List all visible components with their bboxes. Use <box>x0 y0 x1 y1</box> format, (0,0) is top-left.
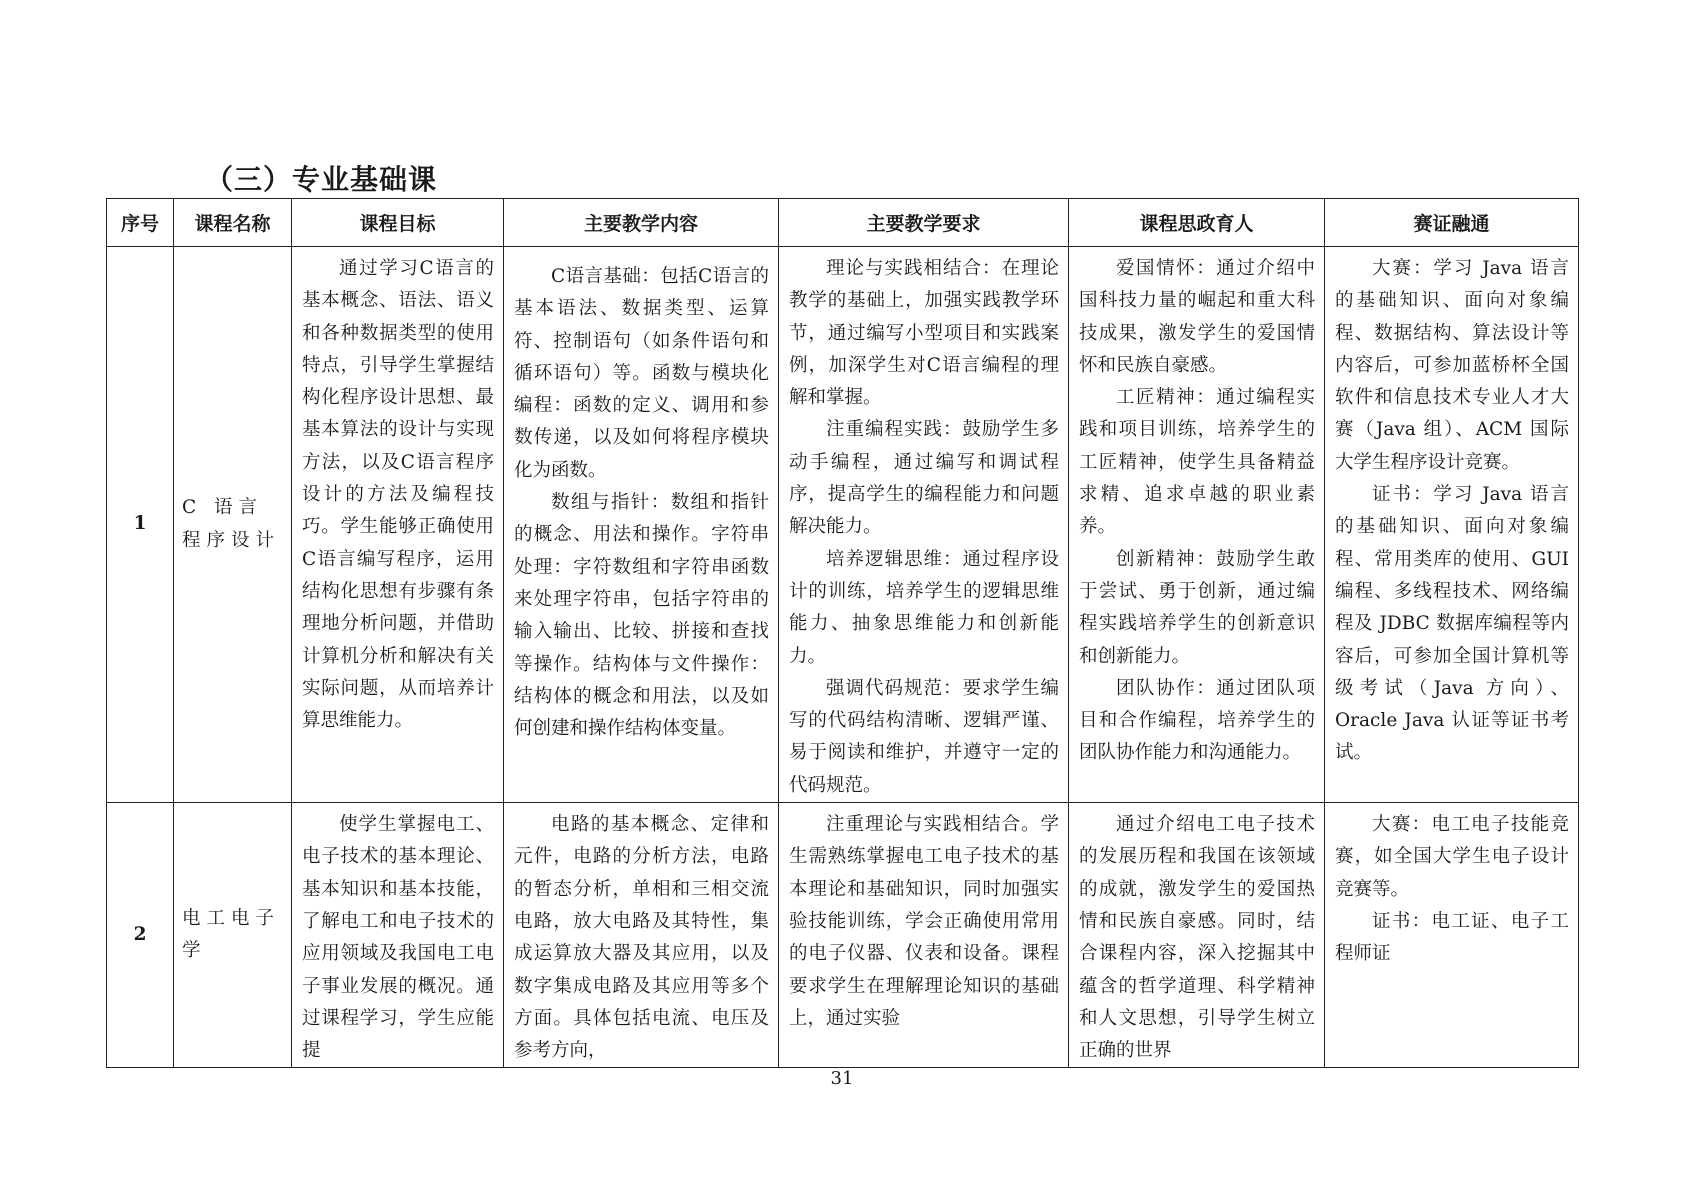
paragraph: 团队协作：通过团队项目和合作编程，培养学生的团队协作能力和沟通能力。 <box>1079 673 1315 770</box>
paragraph: 使学生掌握电工、电子技术的基本理论、基本知识和基本技能，了解电工和电子技术的应用… <box>302 809 494 1067</box>
paragraph: 爱国情怀：通过介绍中国科技力量的崛起和重大科技成果，激发学生的爱国情怀和民族自豪… <box>1079 253 1315 382</box>
ideology-education: 爱国情怀：通过介绍中国科技力量的崛起和重大科技成果，激发学生的爱国情怀和民族自豪… <box>1069 247 1325 803</box>
header-teaching-requirements: 主要教学要求 <box>779 199 1069 247</box>
paragraph: 注重理论与实践相结合。学生需熟练掌握电工电子技术的基本理论和基础知识，同时加强实… <box>789 809 1059 1035</box>
course-table: 序号 课程名称 课程目标 主要教学内容 主要教学要求 课程思政育人 赛证融通 1… <box>106 198 1579 1068</box>
paragraph: 通过学习C语言的基本概念、语法、语义和各种数据类型的使用特点，引导学生掌握结构化… <box>302 253 494 737</box>
ideology-education: 通过介绍电工电子技术的发展历程和我国在该领域的成就，激发学生的爱国热情和民族自豪… <box>1069 803 1325 1068</box>
paragraph: 证书：电工证、电子工程师证 <box>1335 906 1569 971</box>
header-index: 序号 <box>107 199 174 247</box>
table-header-row: 序号 课程名称 课程目标 主要教学内容 主要教学要求 课程思政育人 赛证融通 <box>107 199 1579 247</box>
paragraph: 大赛：电工电子技能竞赛，如全国大学生电子设计竞赛等。 <box>1335 809 1569 906</box>
paragraph: 工匠精神：通过编程实践和项目训练，培养学生的工匠精神，使学生具备精益求精、追求卓… <box>1079 382 1315 543</box>
table-row: 1 C 语言程序设计 通过学习C语言的基本概念、语法、语义和各种数据类型的使用特… <box>107 247 1579 803</box>
paragraph: 培养逻辑思维：通过程序设计的训练，培养学生的逻辑思维能力、抽象思维能力和创新能力… <box>789 544 1059 673</box>
row-index: 2 <box>107 803 174 1068</box>
header-teaching-content: 主要教学内容 <box>504 199 779 247</box>
paragraph: 创新精神：鼓励学生敢于尝试、勇于创新，通过编程实践培养学生的创新意识和创新能力。 <box>1079 544 1315 673</box>
course-goal: 使学生掌握电工、电子技术的基本理论、基本知识和基本技能，了解电工和电子技术的应用… <box>292 803 504 1068</box>
competition-certification: 大赛：电工电子技能竞赛，如全国大学生电子设计竞赛等。 证书：电工证、电子工程师证 <box>1325 803 1579 1068</box>
paragraph: 强调代码规范：要求学生编写的代码结构清晰、逻辑严谨、易于阅读和维护，并遵守一定的… <box>789 673 1059 802</box>
teaching-content: C语言基础：包括C语言的基本语法、数据类型、运算符、控制语句（如条件语句和循环语… <box>504 247 779 803</box>
paragraph: 大赛：学习 Java 语言的基础知识、面向对象编程、数据结构、算法设计等内容后，… <box>1335 253 1569 479</box>
course-name: C 语言程序设计 <box>174 247 292 803</box>
table-row: 2 电工电子学 使学生掌握电工、电子技术的基本理论、基本知识和基本技能，了解电工… <box>107 803 1579 1068</box>
paragraph: C语言基础：包括C语言的基本语法、数据类型、运算符、控制语句（如条件语句和循环语… <box>514 261 769 487</box>
paragraph: 注重编程实践：鼓励学生多动手编程，通过编写和调试程序，提高学生的编程能力和问题解… <box>789 414 1059 543</box>
paragraph: 电路的基本概念、定律和元件，电路的分析方法，电路的暂态分析，单相和三相交流电路，… <box>514 809 769 1067</box>
section-heading: （三）专业基础课 <box>205 158 437 198</box>
page-number: 31 <box>0 1068 1684 1089</box>
paragraph: 通过介绍电工电子技术的发展历程和我国在该领域的成就，激发学生的爱国热情和民族自豪… <box>1079 809 1315 1067</box>
teaching-content: 电路的基本概念、定律和元件，电路的分析方法，电路的暂态分析，单相和三相交流电路，… <box>504 803 779 1068</box>
course-name: 电工电子学 <box>174 803 292 1068</box>
header-course-name: 课程名称 <box>174 199 292 247</box>
row-index: 1 <box>107 247 174 803</box>
teaching-requirements: 理论与实践相结合：在理论教学的基础上，加强实践教学环节，通过编写小型项目和实践案… <box>779 247 1069 803</box>
paragraph: 理论与实践相结合：在理论教学的基础上，加强实践教学环节，通过编写小型项目和实践案… <box>789 253 1059 414</box>
header-ideology-education: 课程思政育人 <box>1069 199 1325 247</box>
course-goal: 通过学习C语言的基本概念、语法、语义和各种数据类型的使用特点，引导学生掌握结构化… <box>292 247 504 803</box>
competition-certification: 大赛：学习 Java 语言的基础知识、面向对象编程、数据结构、算法设计等内容后，… <box>1325 247 1579 803</box>
header-course-goal: 课程目标 <box>292 199 504 247</box>
paragraph: 证书：学习 Java 语言的基础知识、面向对象编程、常用类库的使用、GUI 编程… <box>1335 479 1569 770</box>
teaching-requirements: 注重理论与实践相结合。学生需熟练掌握电工电子技术的基本理论和基础知识，同时加强实… <box>779 803 1069 1068</box>
header-competition-certification: 赛证融通 <box>1325 199 1579 247</box>
paragraph: 数组与指针：数组和指针的概念、用法和操作。字符串处理：字符数组和字符串函数来处理… <box>514 487 769 745</box>
